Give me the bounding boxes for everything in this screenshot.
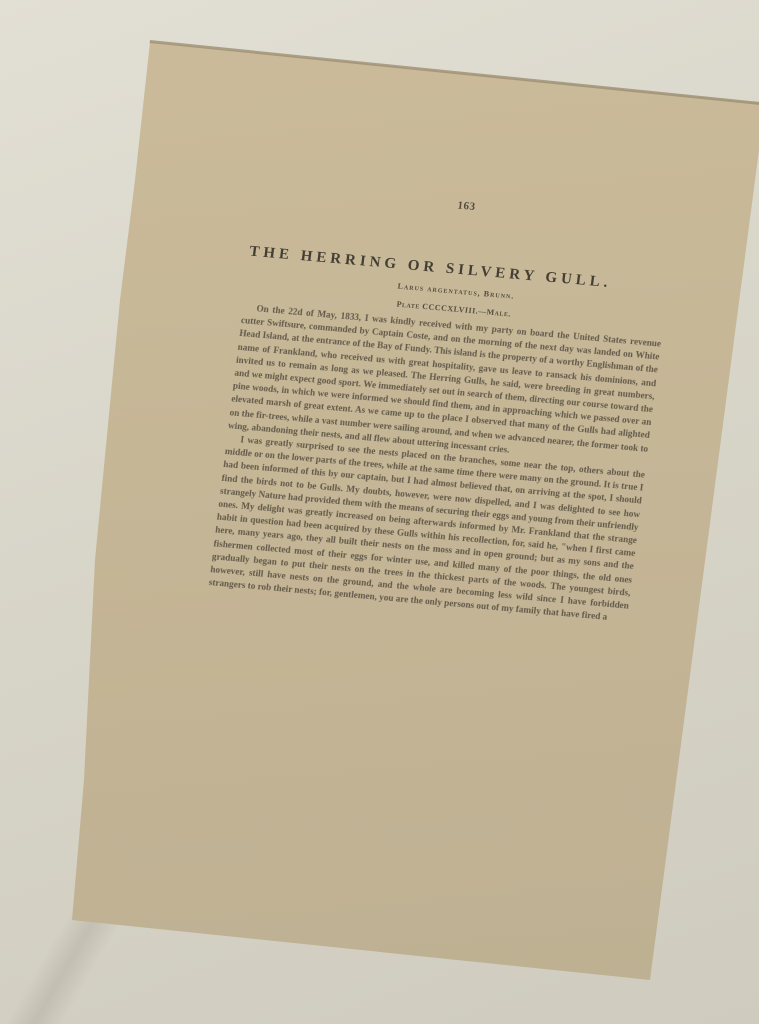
page-content: 163 THE HERRING OR SILVERY GULL. Larus a…	[208, 182, 676, 626]
body-text: On the 22d of May, 1833, I was kindly re…	[208, 301, 662, 626]
